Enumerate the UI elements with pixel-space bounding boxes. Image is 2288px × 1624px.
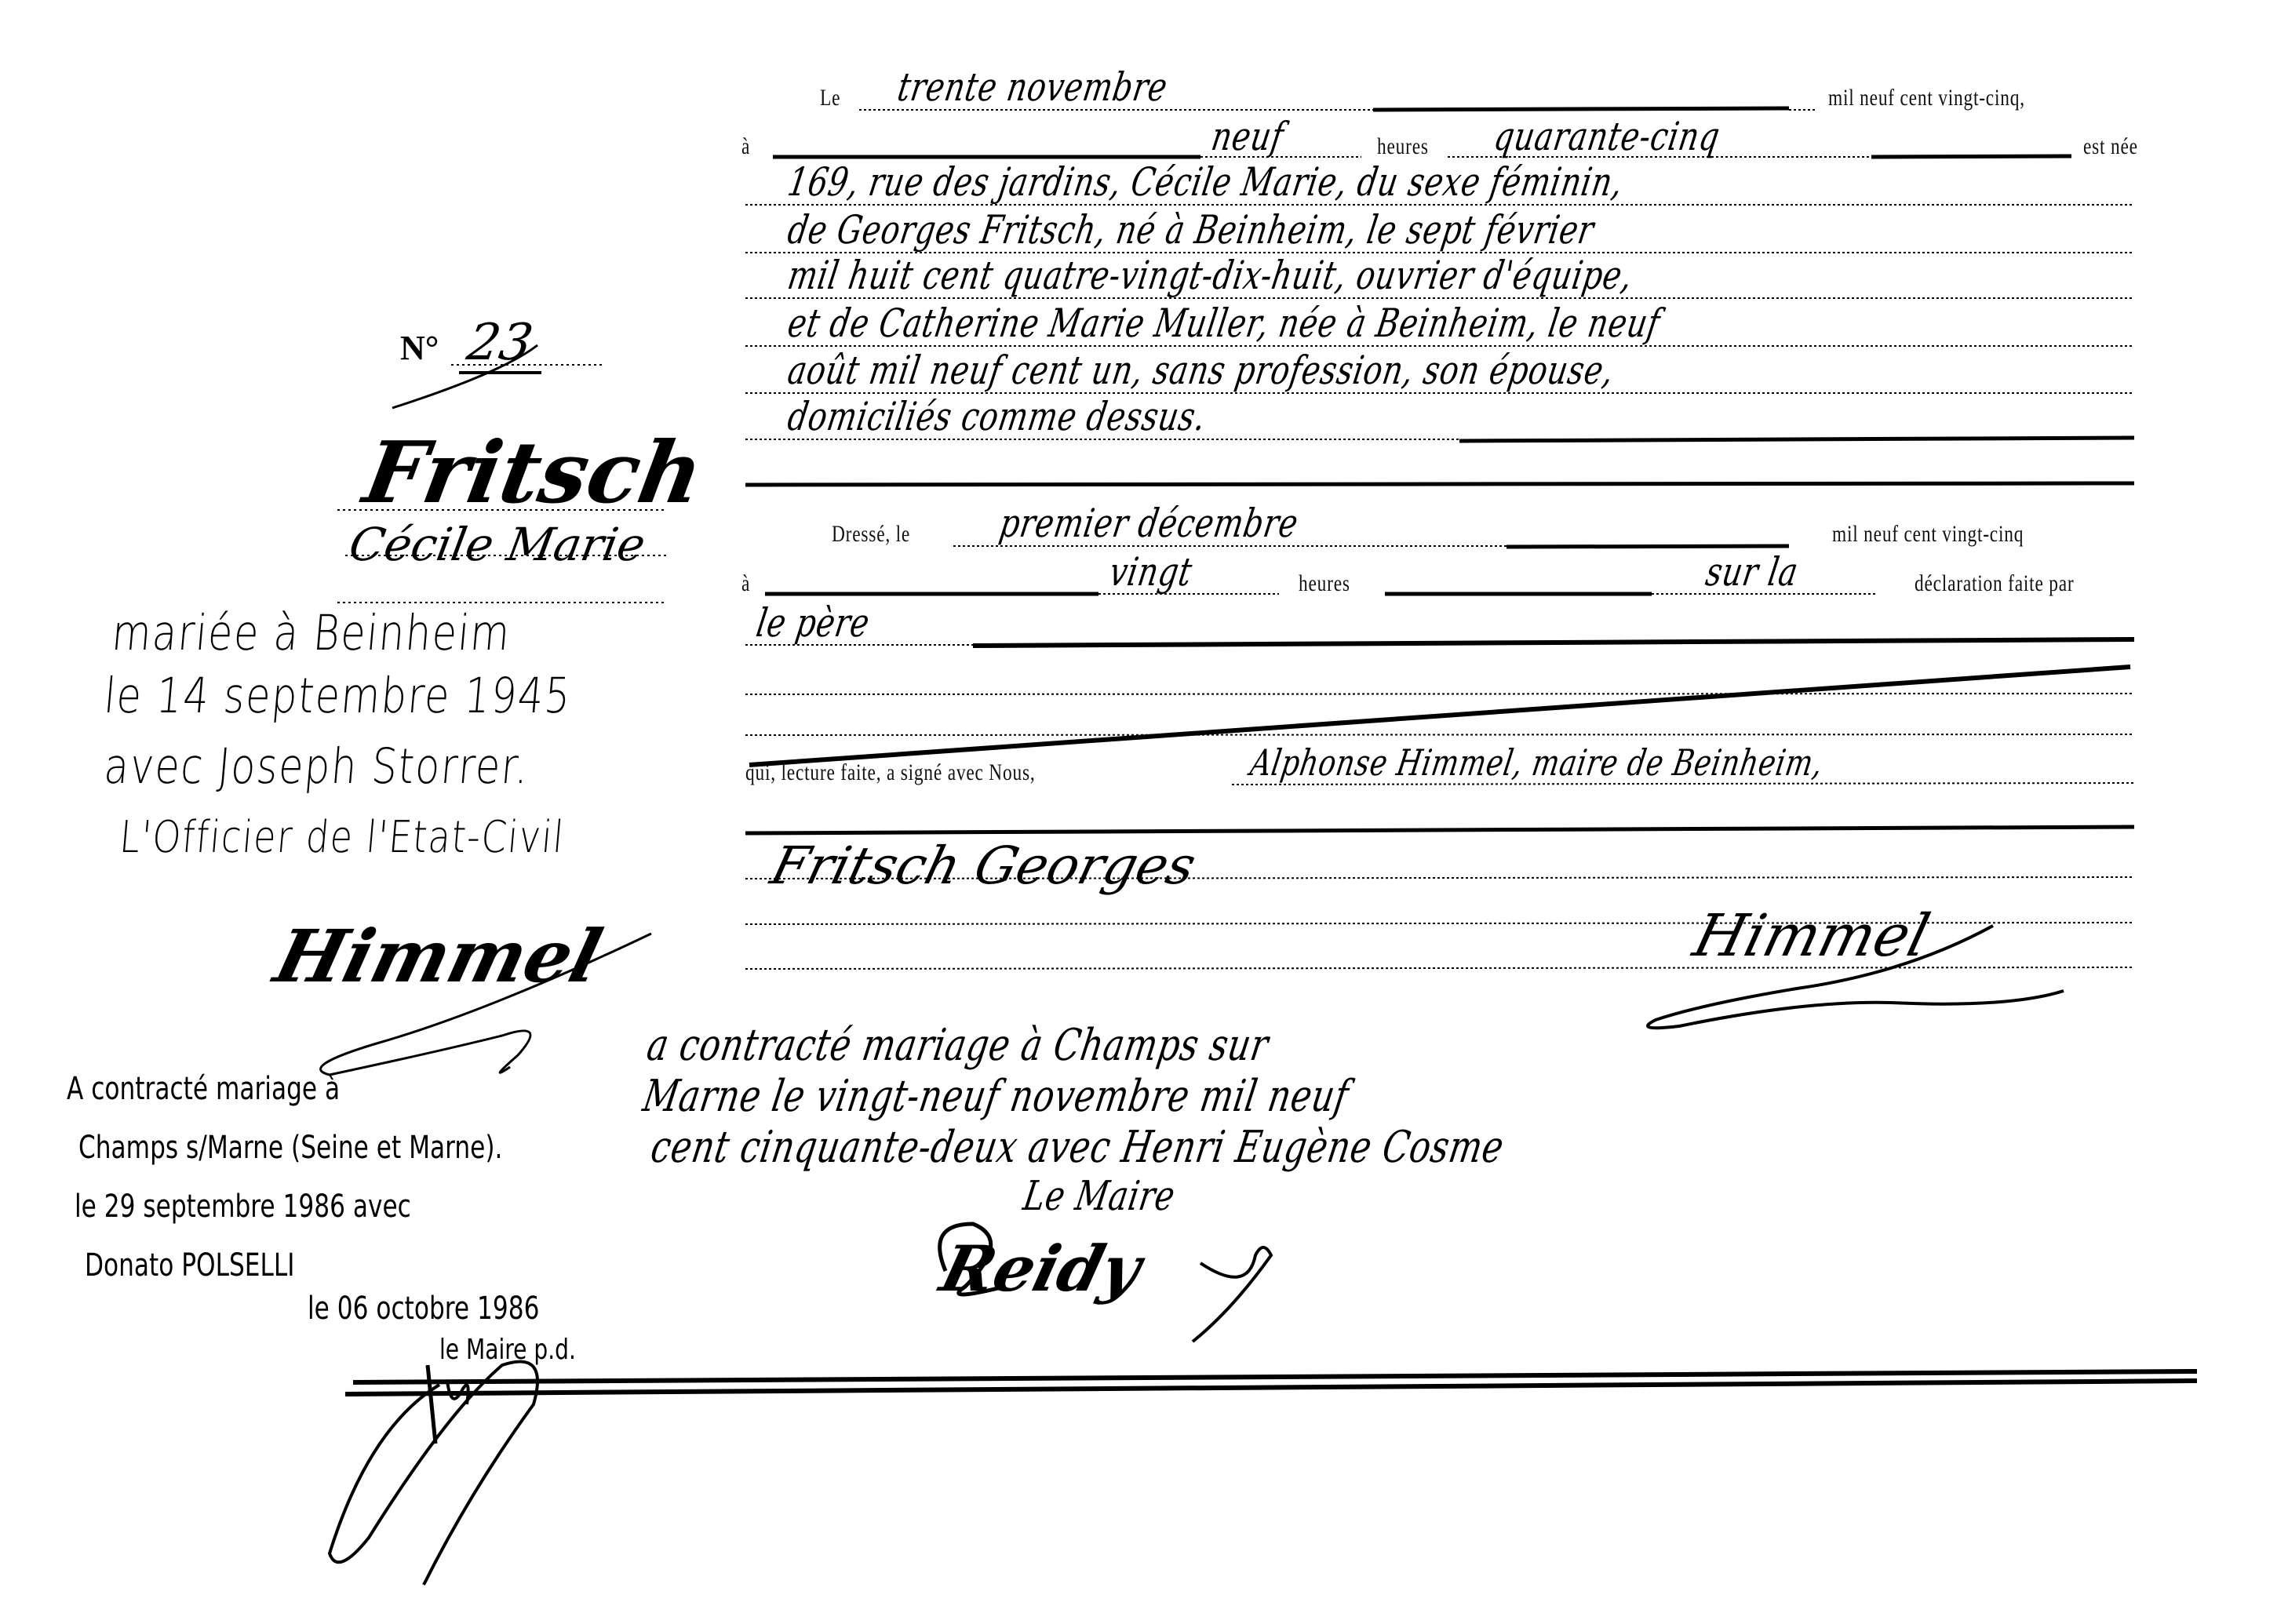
declarant: le père — [753, 600, 873, 646]
drawn-up-date: premier décembre — [996, 501, 1302, 546]
signature-declarant: Fritsch Georges — [765, 836, 1202, 896]
birth-line-2: de Georges Fritsch, né à Beinheim, le se… — [785, 207, 1598, 253]
register-page: N° 23 Fritsch Cécile Marie mariée à Bein… — [0, 0, 2288, 1624]
margin-note-1986-line-2: Champs s/Marne (Seine et Marne). — [78, 1130, 502, 1166]
birth-line-1: 169, rue des jardins, Cécile Marie, du s… — [785, 159, 1627, 205]
printed-est-nee: est née — [2083, 133, 2138, 160]
printed-heures-1: heures — [1377, 133, 1429, 160]
printed-year-2: mil neuf cent vingt-cinq — [1832, 521, 2024, 548]
printed-dresse-le: Dressé, le — [832, 521, 910, 548]
margin-signature-himmel: Himmel — [267, 914, 610, 999]
sur-la: sur la — [1703, 549, 1802, 595]
given-names: Cécile Marie — [345, 518, 650, 571]
margin-note-1952-line-1: a contracté mariage à Champs sur — [643, 1020, 1272, 1071]
margin-note-1952-title: Le Maire — [1020, 1173, 1179, 1220]
margin-signature-reidy: Reidy — [934, 1232, 1149, 1305]
birth-minutes: quarante-cinq — [1491, 114, 1723, 159]
signature-officer: Himmel — [1687, 902, 1936, 970]
margin-note-1952-line-2: Marne le vingt-neuf novembre mil neuf — [639, 1071, 1353, 1122]
printed-a-2: à — [741, 570, 750, 597]
printed-declaration: déclaration faite par — [1915, 570, 2074, 597]
printed-heures-2: heures — [1299, 570, 1350, 597]
entry-number-label: N° — [400, 328, 439, 368]
margin-note-1986-line-3: le 29 septembre 1986 avec — [75, 1189, 411, 1225]
printed-year-1: mil neuf cent vingt-cinq, — [1828, 85, 2025, 111]
margin-note-1986-date: le 06 octobre 1986 — [308, 1291, 539, 1327]
surname: Fritsch — [357, 424, 710, 523]
birth-hour: neuf — [1208, 114, 1287, 159]
margin-note-1952-line-3: cent cinquante-deux avec Henri Eugène Co… — [647, 1122, 1507, 1173]
birth-line-4: et de Catherine Marie Muller, née à Bein… — [785, 300, 1663, 346]
margin-note-1986-line-4: Donato POLSELLI — [85, 1247, 294, 1284]
printed-le: Le — [820, 85, 840, 111]
margin-note-1945-line-3: avec Joseph Storrer. — [102, 737, 532, 795]
birth-line-5: août mil neuf cent un, sans profession, … — [785, 348, 1617, 393]
entry-number: 23 — [463, 314, 537, 372]
margin-note-1945-line-1: mariée à Beinheim — [110, 604, 513, 661]
birth-date: trente novembre — [894, 64, 1171, 110]
birth-line-3: mil huit cent quatre-vingt-dix-huit, ouv… — [785, 253, 1636, 298]
officer-name: Alphonse Himmel, maire de Beinheim, — [1248, 741, 1827, 784]
margin-note-1945-line-2: le 14 septembre 1945 — [102, 667, 574, 724]
birth-line-6: domiciliés comme dessus. — [785, 394, 1209, 439]
printed-a-1: à — [741, 133, 750, 160]
drawn-up-hour: vingt — [1106, 549, 1196, 595]
margin-note-1986-signoff: le Maire p.d. — [439, 1334, 576, 1366]
printed-qui-lecture: qui, lecture faite, a signé avec Nous, — [745, 759, 1035, 786]
margin-note-1945-line-4: L'Officier de l'Etat-Civil — [118, 812, 567, 863]
margin-note-1986-line-1: A contracté mariage à — [67, 1071, 340, 1107]
